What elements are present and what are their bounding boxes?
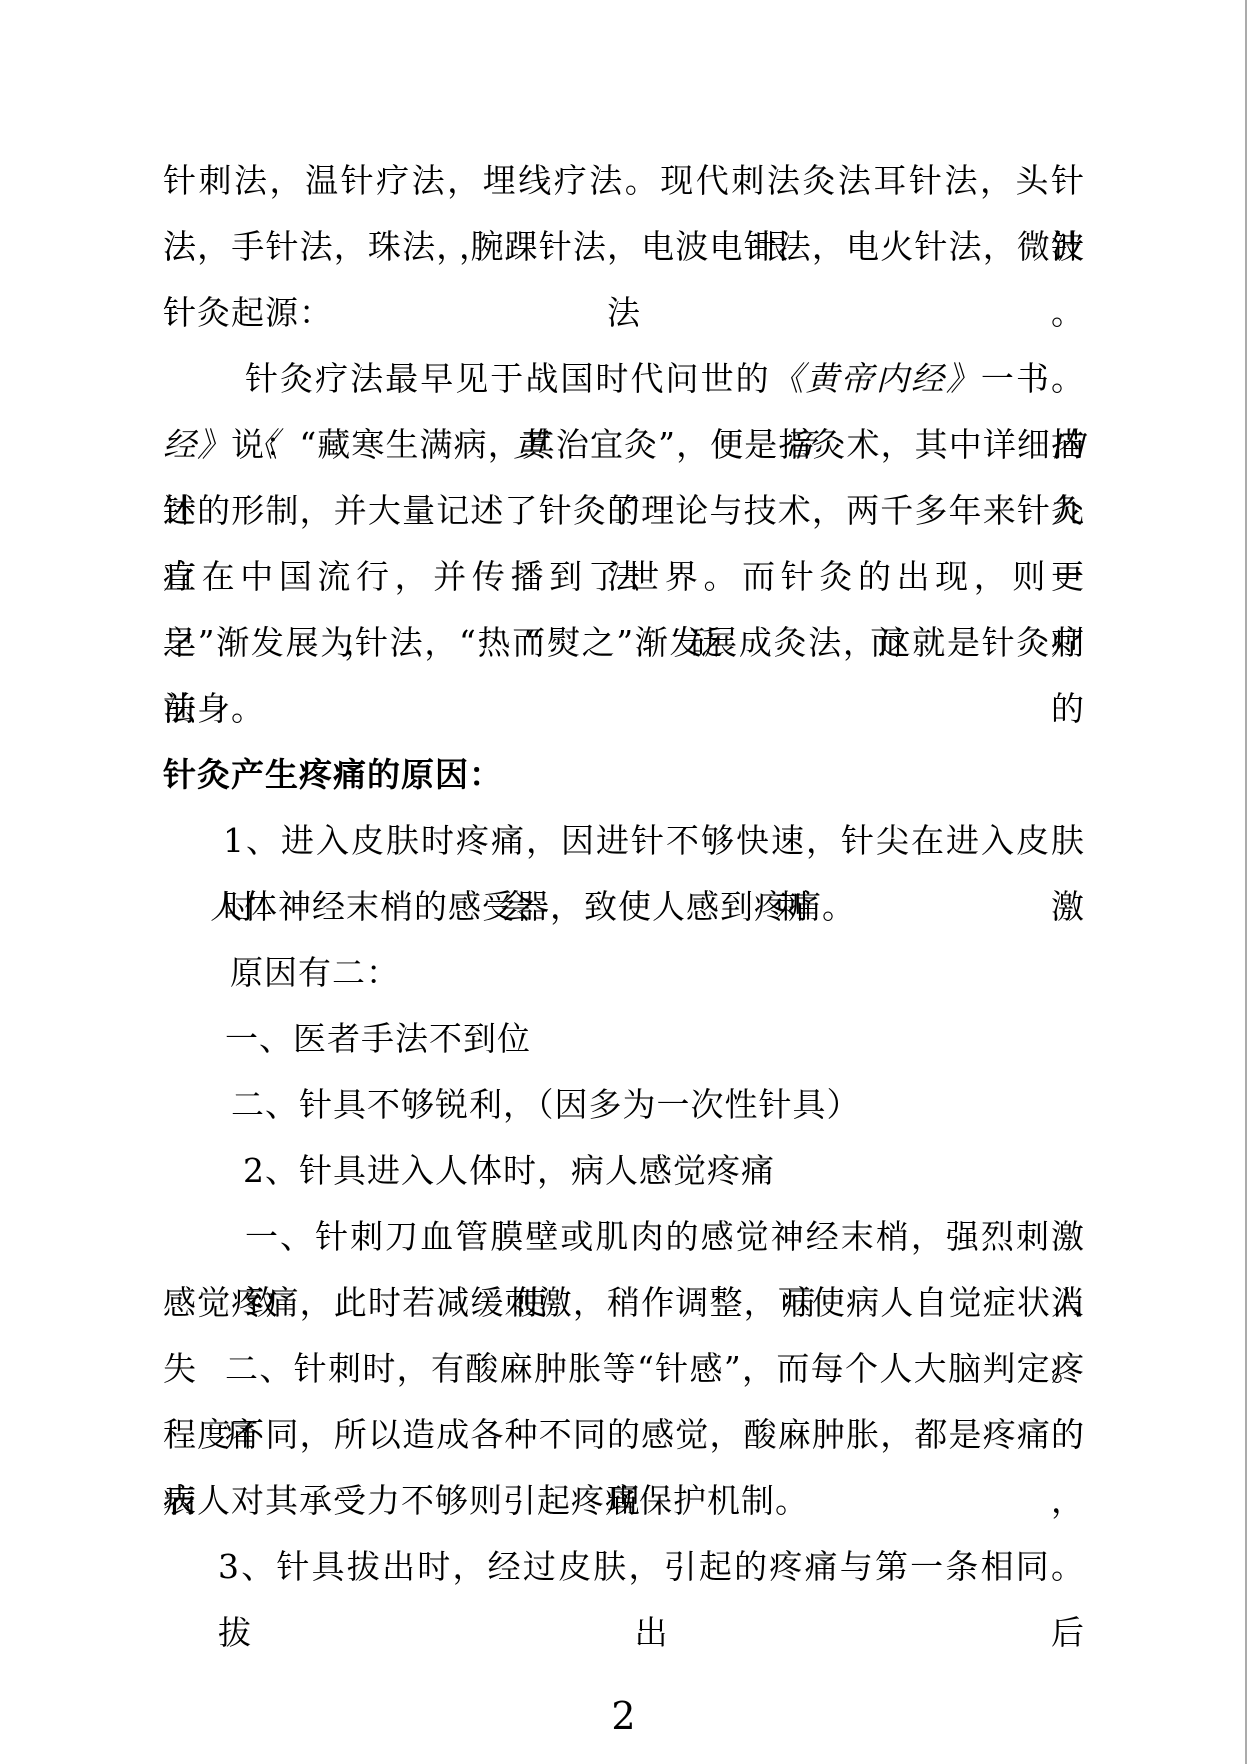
text-line: 经》说：“藏寒生满病，其治宜灸”，便是指灸术，其中详细描述了九 — [163, 412, 1085, 478]
text-line: 感觉疼痛，此时若减缓刺激，稍作调整，可使病人自觉症状消失。 — [163, 1270, 1085, 1336]
text-line: 一、针刺刀血管膜壁或肌肉的感觉神经末梢，强烈刺激致使病人 — [163, 1204, 1085, 1270]
text-line: 程度不同，所以造成各种不同的感觉，酸麻肿胀，都是疼痛的表现， — [163, 1402, 1085, 1468]
text-line: 直在中国流行，并传播到了世界。而针灸的出现，则更早，“砭而刺 — [163, 544, 1085, 610]
section-heading-line: 针灸产生疼痛的原因： — [163, 742, 1085, 808]
text-segment: 原因有二： — [230, 953, 400, 992]
text-line: 二、针具不够锐利，（因多为一次性针具） — [163, 1072, 1085, 1138]
text-segment: 针灸产生疼痛的原因： — [163, 755, 503, 794]
text-line: 1、进入皮肤时疼痛，因进针不够快速，针尖在进入皮肤时会刺激 — [163, 808, 1085, 874]
page-number: 2 — [0, 1692, 1247, 1740]
text-segment: 3、针具拔出时，经过皮肤，引起的疼痛与第一条相同。拔出后 — [218, 1547, 1085, 1652]
text-line: 之”渐发展为针法，“热而熨之”渐发展成灸法，这就是针灸疗法的 — [163, 610, 1085, 676]
document-body: 针刺法，温针疗法，埋线疗法。现代刺法灸法耳针法，头针法，眼针法，手针法，珠法，腕… — [163, 148, 1085, 1600]
document-page: 针刺法，温针疗法，埋线疗法。现代刺法灸法耳针法，头针法，眼针法，手针法，珠法，腕… — [0, 0, 1247, 1764]
text-line: 针灸疗法最早见于战国时代问世的《黄帝内经》一书。《黄帝内 — [163, 346, 1085, 412]
text-segment: 前身。 — [163, 689, 265, 728]
text-line: 2、针具进入人体时，病人感觉疼痛 — [163, 1138, 1085, 1204]
text-line: 原因有二： — [163, 940, 1085, 1006]
text-segment: 一书。 — [981, 359, 1085, 398]
text-line: 针的形制，并大量记述了针灸的理论与技术，两千多年来针灸疗法一 — [163, 478, 1085, 544]
text-segment: 针灸疗法最早见于战国时代问世的 — [245, 359, 771, 398]
text-line: 3、针具拔出时，经过皮肤，引起的疼痛与第一条相同。拔出后 — [163, 1534, 1085, 1600]
text-line: 二、针刺时，有酸麻肿胀等“针感”，而每个人大脑判定疼痛的 — [163, 1336, 1085, 1402]
text-segment: 之”渐发展为针法，“热而熨之”渐发展成灸法，这就是针灸疗法的 — [163, 623, 1085, 728]
text-line: 针刺法，温针疗法，埋线疗法。现代刺法灸法耳针法，头针法，眼针 — [163, 148, 1085, 214]
text-segment: 二、针具不够锐利，（因多为一次性针具） — [231, 1085, 861, 1124]
text-line: 一、医者手法不到位 — [163, 1006, 1085, 1072]
text-segment: 一、医者手法不到位 — [225, 1019, 531, 1058]
text-segment: 2、针具进入人体时，病人感觉疼痛 — [243, 1151, 775, 1190]
text-segment: 针灸起源： — [163, 293, 333, 332]
book-title-segment: 经》 — [163, 425, 231, 464]
text-segment: 人体神经末梢的感受器，致使人感到疼痛。 — [210, 887, 856, 926]
text-segment: 病人对其承受力不够则引起疼痛保护机制。 — [163, 1481, 809, 1520]
book-title-segment: 《黄帝内经》 — [771, 359, 981, 398]
text-line: 法，手针法，珠法，腕踝针法，电波电针法，电火针法，微波针法。 — [163, 214, 1085, 280]
